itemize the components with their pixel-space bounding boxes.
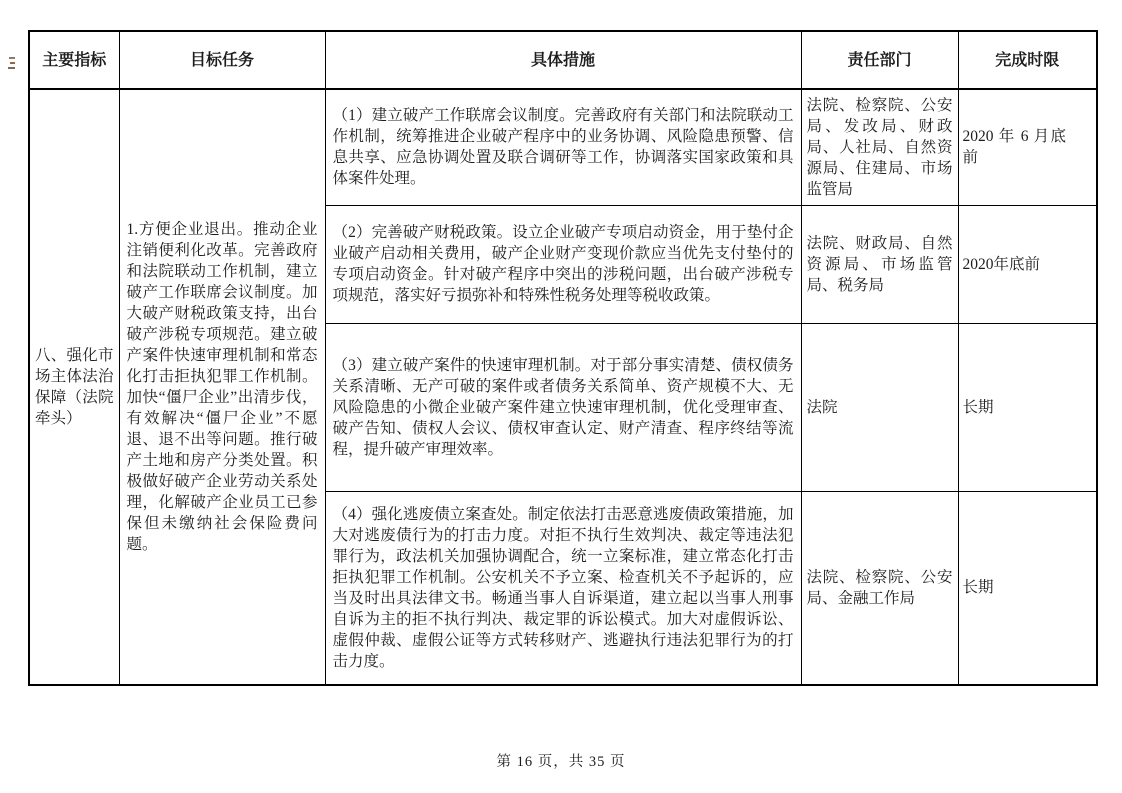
policy-measures-table: 主要指标 目标任务 具体措施 责任部门 完成时限 八、强化市场主体法治保障（法院…: [28, 30, 1098, 686]
document-page: 主要指标 目标任务 具体措施 责任部门 完成时限 八、强化市场主体法治保障（法院…: [0, 0, 1122, 793]
header-specific-measures: 具体措施: [325, 31, 801, 89]
table-header-row: 主要指标 目标任务 具体措施 责任部门 完成时限: [29, 31, 1097, 89]
deadline-cell: 2020 年 6 月底前: [958, 89, 1097, 205]
department-cell: 法院: [801, 323, 958, 491]
header-completion-deadline: 完成时限: [958, 31, 1097, 89]
scan-artifact: [9, 57, 15, 59]
deadline-cell: 长期: [958, 491, 1097, 685]
measure-cell: （3）建立破产案件的快速审理机制。对于部分事实清楚、债权债务关系清晰、无产可破的…: [325, 323, 801, 491]
deadline-cell: 2020年底前: [958, 205, 1097, 323]
header-responsible-department: 责任部门: [801, 31, 958, 89]
department-cell: 法院、检察院、公安局、金融工作局: [801, 491, 958, 685]
task-cell: 1.方便企业退出。推动企业注销便利化改革。完善政府和法院联动工作机制，建立破产工…: [119, 89, 325, 685]
indicator-cell: 八、强化市场主体法治保障（法院牵头）: [29, 89, 119, 685]
header-target-task: 目标任务: [119, 31, 325, 89]
scan-artifact: [10, 62, 15, 64]
measure-cell: （1）建立破产工作联席会议制度。完善政府有关部门和法院联动工作机制，统筹推进企业…: [325, 89, 801, 205]
measure-cell: （2）完善破产财税政策。设立企业破产专项启动资金，用于垫付企业破产启动相关费用，…: [325, 205, 801, 323]
page-footer: 第 16 页，共 35 页: [0, 750, 1122, 771]
table-row: 八、强化市场主体法治保障（法院牵头） 1.方便企业退出。推动企业注销便利化改革。…: [29, 89, 1097, 205]
deadline-cell: 长期: [958, 323, 1097, 491]
department-cell: 法院、检察院、公安局、发改局、财政局、人社局、自然资源局、住建局、市场监管局: [801, 89, 958, 205]
header-main-indicator: 主要指标: [29, 31, 119, 89]
department-cell: 法院、财政局、自然资源局、市场监管局、税务局: [801, 205, 958, 323]
measure-cell: （4）强化逃废债立案查处。制定依法打击恶意逃废债政策措施，加大对逃废债行为的打击…: [325, 491, 801, 685]
scan-artifact: [8, 67, 15, 69]
